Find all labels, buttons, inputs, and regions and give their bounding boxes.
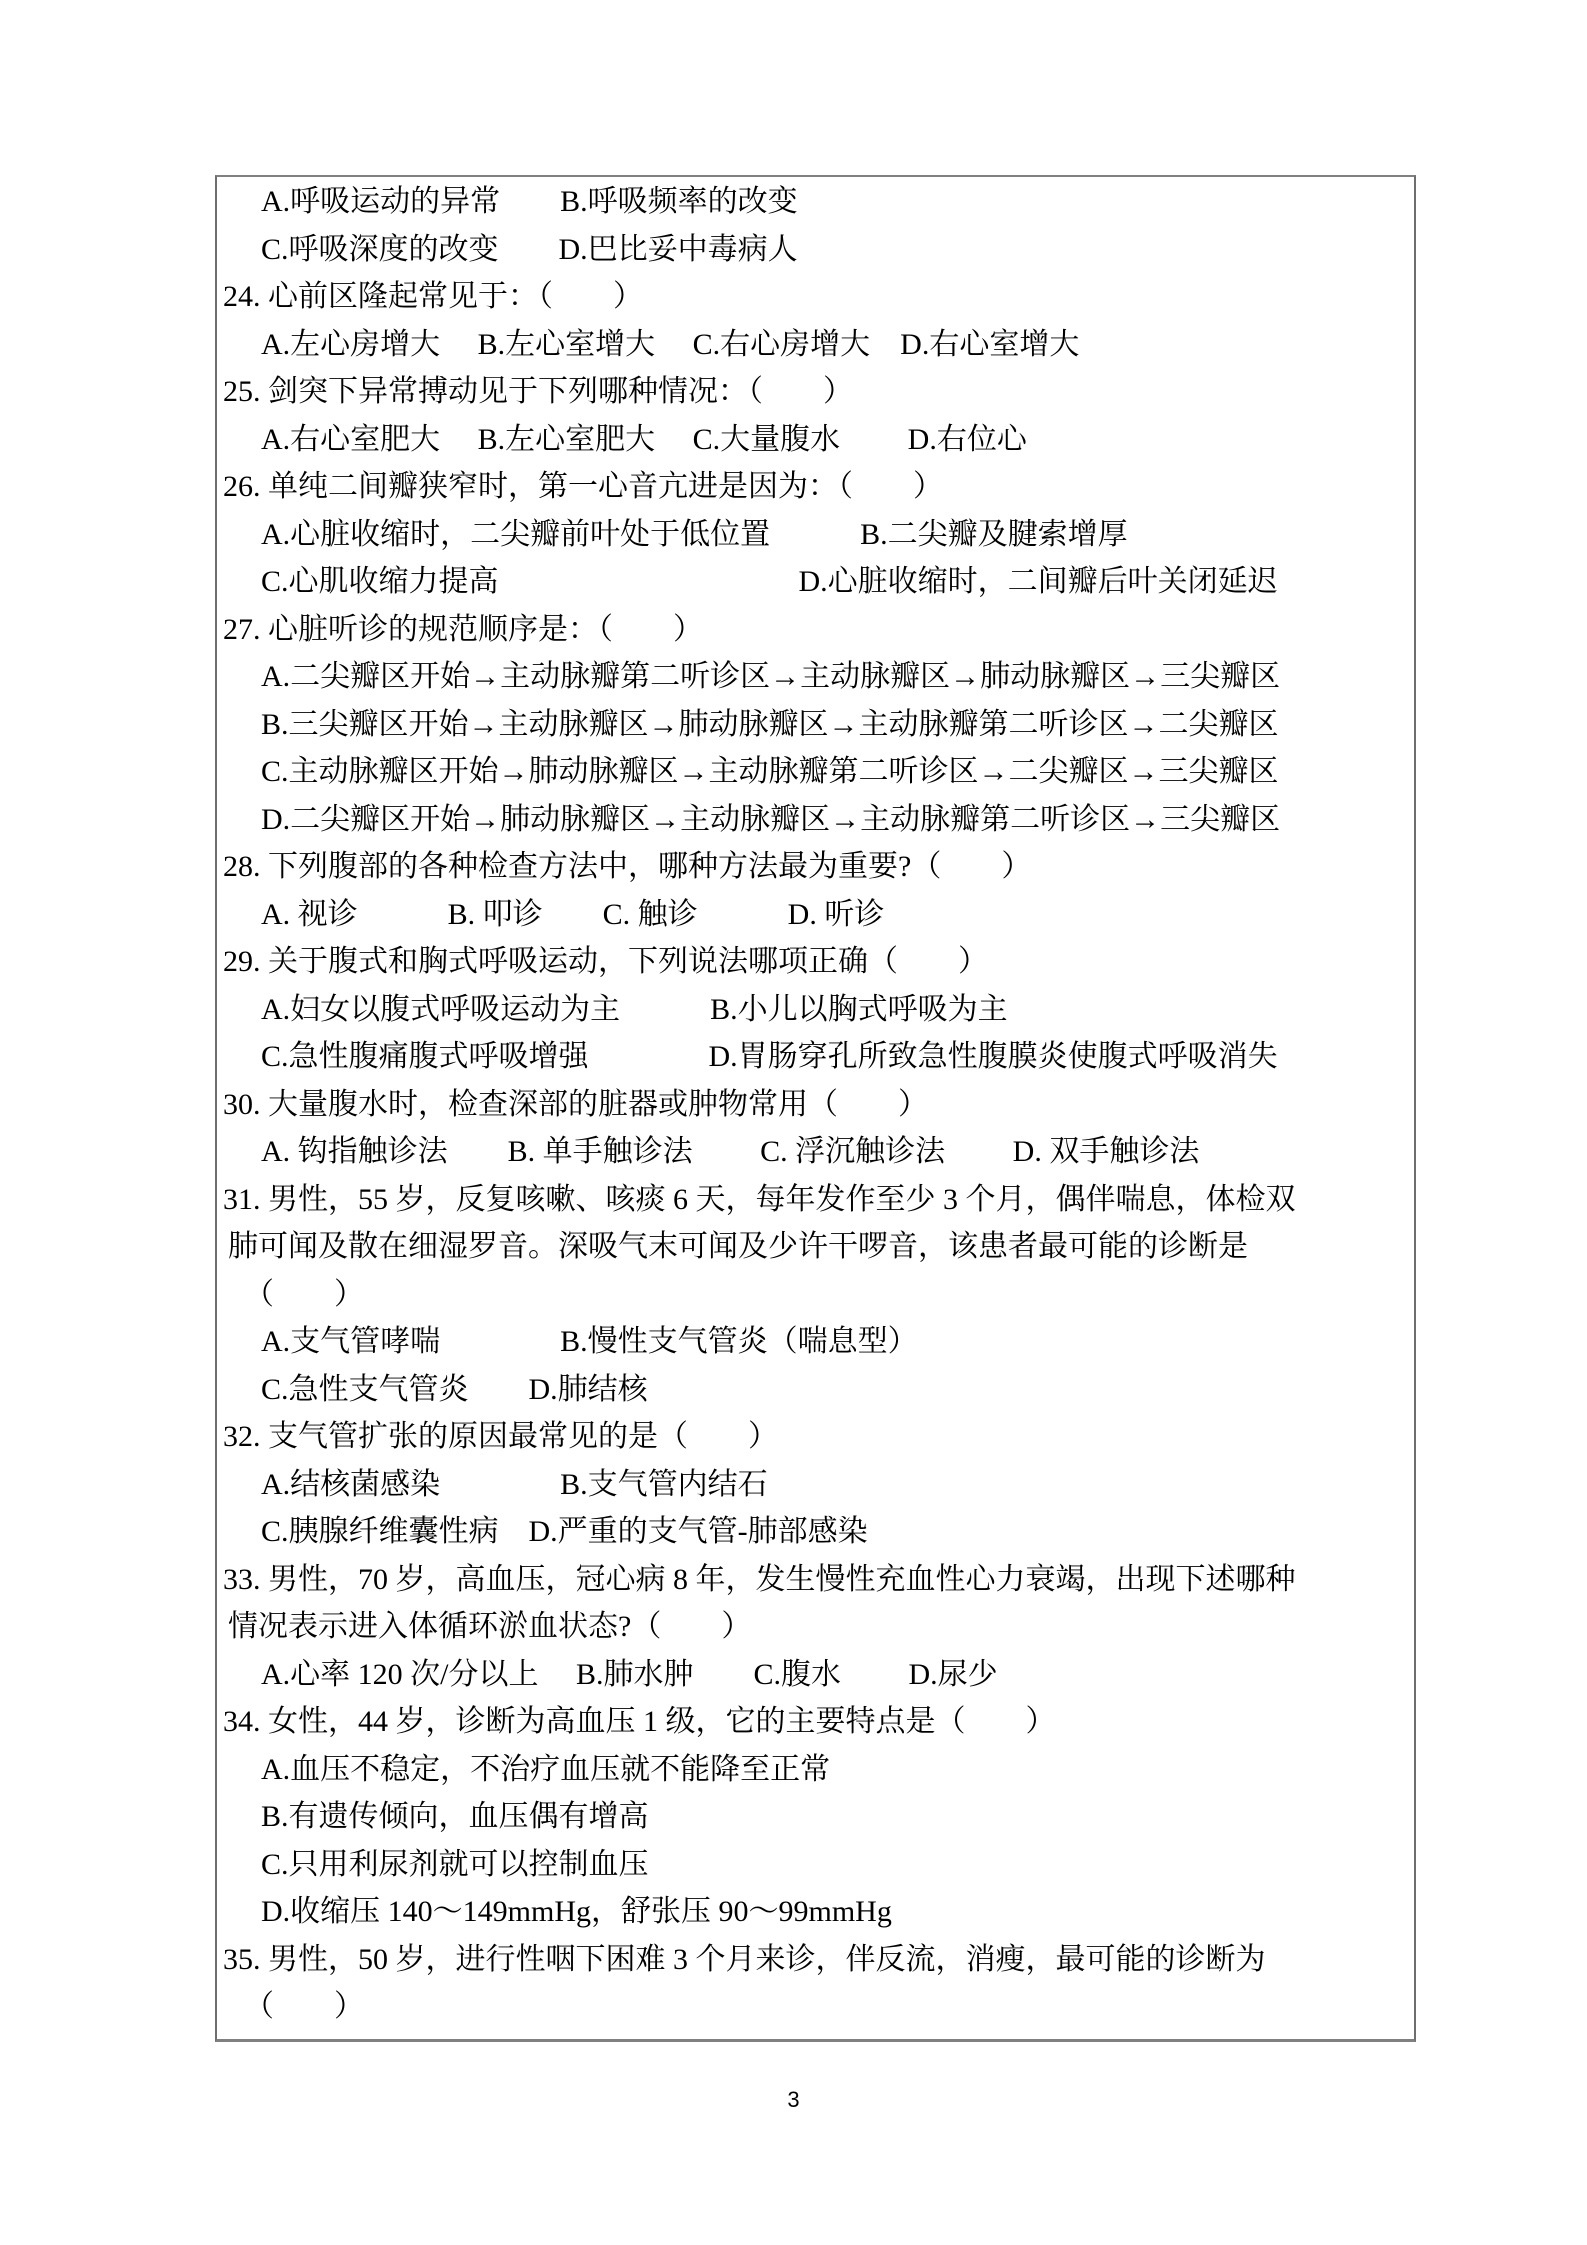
text-line: A.妇女以腹式呼吸运动为主 B.小儿以胸式呼吸为主 [217,986,1414,1034]
text-line: A.右心室肥大 B.左心室肥大 C.大量腹水 D.右位心 [217,416,1414,464]
text-line: A.二尖瓣区开始→主动脉瓣第二听诊区→主动脉瓣区→肺动脉瓣区→三尖瓣区 [217,653,1414,701]
text-line: A.结核菌感染 B.支气管内结石 [217,1461,1414,1509]
text-line: D.收缩压 140～149mmHg，舒张压 90～99mmHg [217,1888,1414,1936]
text-line: A. 视诊 B. 叩诊 C. 触诊 D. 听诊 [217,891,1414,939]
text-line: A.左心房增大 B.左心室增大 C.右心房增大 D.右心室增大 [217,321,1414,369]
text-line: 28. 下列腹部的各种检查方法中，哪种方法最为重要?（ ） [217,843,1414,891]
text-line: 35. 男性，50 岁，进行性咽下困难 3 个月来诊，伴反流，消瘦，最可能的诊断… [217,1936,1414,1984]
text-line: 25. 剑突下异常搏动见于下列哪种情况：（ ） [217,368,1414,416]
text-line: 34. 女性，44 岁，诊断为高血压 1 级，它的主要特点是（ ） [217,1698,1414,1746]
text-line: 24. 心前区隆起常见于：（ ） [217,273,1414,321]
text-line: A.支气管哮喘 B.慢性支气管炎（喘息型） [217,1318,1414,1366]
text-line: 31. 男性，55 岁，反复咳嗽、咳痰 6 天，每年发作至少 3 个月，偶伴喘息… [217,1176,1414,1224]
text-line: A.血压不稳定，不治疗血压就不能降至正常 [217,1746,1414,1794]
text-line: C.胰腺纤维囊性病 D.严重的支气管-肺部感染 [217,1508,1414,1556]
text-line: 情况表示进入体循环淤血状态?（ ） [217,1603,1414,1651]
text-line: B.有遗传倾向，血压偶有增高 [217,1793,1414,1841]
text-line: A.心率 120 次/分以上 B.肺水肿 C.腹水 D.尿少 [217,1651,1414,1699]
text-line: C.只用利尿剂就可以控制血压 [217,1841,1414,1889]
text-line: C.心肌收缩力提高 D.心脏收缩时，二间瓣后叶关闭延迟 [217,558,1414,606]
text-line: C.呼吸深度的改变 D.巴比妥中毒病人 [217,226,1414,274]
text-line: C.主动脉瓣区开始→肺动脉瓣区→主动脉瓣第二听诊区→二尖瓣区→三尖瓣区 [217,748,1414,796]
text-line: A.呼吸运动的异常 B.呼吸频率的改变 [217,178,1414,226]
page-number: 3 [0,2086,1587,2114]
text-line: C.急性腹痛腹式呼吸增强 D.胃肠穿孔所致急性腹膜炎使腹式呼吸消失 [217,1033,1414,1081]
exam-questions-box: A.呼吸运动的异常 B.呼吸频率的改变C.呼吸深度的改变 D.巴比妥中毒病人24… [215,175,1416,2042]
text-line: A. 钩指触诊法 B. 单手触诊法 C. 浮沉触诊法 D. 双手触诊法 [217,1128,1414,1176]
text-line: 30. 大量腹水时，检查深部的脏器或肿物常用（ ） [217,1081,1414,1129]
document-page: A.呼吸运动的异常 B.呼吸频率的改变C.呼吸深度的改变 D.巴比妥中毒病人24… [0,0,1587,2245]
text-line: D.二尖瓣区开始→肺动脉瓣区→主动脉瓣区→主动脉瓣第二听诊区→三尖瓣区 [217,796,1414,844]
text-line: 肺可闻及散在细湿罗音。深吸气末可闻及少许干啰音，该患者最可能的诊断是 [217,1223,1414,1271]
text-line: 27. 心脏听诊的规范顺序是：（ ） [217,606,1414,654]
text-line: 32. 支气管扩张的原因最常见的是（ ） [217,1413,1414,1461]
text-line: （ ） [217,1271,1414,1319]
text-line: （ ） [217,1983,1414,2031]
text-line: B.三尖瓣区开始→主动脉瓣区→肺动脉瓣区→主动脉瓣第二听诊区→二尖瓣区 [217,701,1414,749]
text-line: A.心脏收缩时，二尖瓣前叶处于低位置 B.二尖瓣及腱索增厚 [217,511,1414,559]
text-line: 33. 男性，70 岁，高血压，冠心病 8 年，发生慢性充血性心力衰竭，出现下述… [217,1556,1414,1604]
text-line: C.急性支气管炎 D.肺结核 [217,1366,1414,1414]
text-line: 26. 单纯二间瓣狭窄时，第一心音亢进是因为：（ ） [217,463,1414,511]
text-line: 29. 关于腹式和胸式呼吸运动，下列说法哪项正确（ ） [217,938,1414,986]
